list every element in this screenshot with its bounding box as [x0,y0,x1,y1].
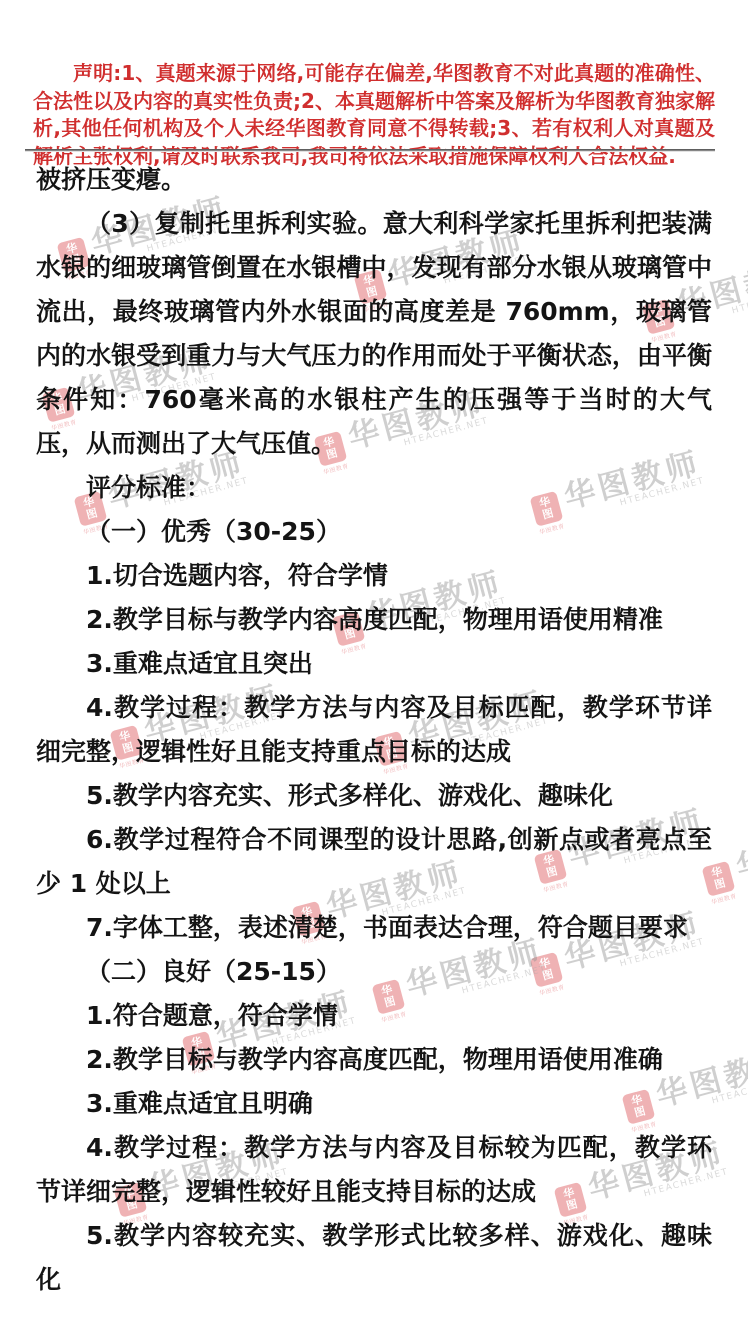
section-divider [25,149,715,152]
paragraph: （3）复制托里拆利实验。意大利科学家托里拆利把装满水银的细玻璃管倒置在水银槽中，… [36,202,712,466]
paragraph: （一）优秀（30-25） [36,510,712,554]
watermark-brand-en: HTEACHER.NET [731,284,748,316]
disclaimer-notice: 声明:1、真题来源于网络,可能存在偏差,华图教育不对此真题的准确性、合法性以及内… [33,60,715,170]
paragraph: 2.教学目标与教学内容高度匹配，物理用语使用精准 [36,598,712,642]
paragraph: 5.教学内容充实、形式多样化、游戏化、趣味化 [36,774,712,818]
logo-subtext: 华图教育 [710,891,737,906]
paragraph-heading: 评分标准： [36,466,712,510]
paragraph: 4.教学过程：教学方法与内容及目标较为匹配，教学环节详细完整，逻辑性较好且能支持… [36,1126,712,1214]
paragraph: 4.教学过程：教学方法与内容及目标匹配，教学环节详细完整，逻辑性好且能支持重点目… [36,686,712,774]
paragraph: 2.教学目标与教学内容高度匹配，物理用语使用准确 [36,1038,712,1082]
logo-char: 华 [710,866,724,880]
paragraph: 6.教学过程符合不同课型的设计思路,创新点或者亮点至少 1 处以上 [36,818,712,906]
paragraph: 1.切合选题内容，符合学情 [36,554,712,598]
paragraph: 被挤压变瘪。 [36,158,712,202]
paragraph: 3.重难点适宜且明确 [36,1082,712,1126]
disclaimer-label: 声明: [73,61,121,85]
document-body: 被挤压变瘪。（3）复制托里拆利实验。意大利科学家托里拆利把装满水银的细玻璃管倒置… [36,158,712,1302]
paragraph: 3.重难点适宜且突出 [36,642,712,686]
watermark-brand-en: HTEACHER.NET [711,1074,748,1106]
watermark-brand-cn: 华图教师 [733,817,748,884]
document-page: 华图华图教育华图教师HTEACHER.NET华图华图教育华图教师HTEACHER… [0,0,748,1335]
paragraph: 5.教学内容较充实、教学形式比较多样、游戏化、趣味化 [36,1214,712,1302]
paragraph: 1.符合题意，符合学情 [36,994,712,1038]
paragraph: （二）良好（25-15） [36,950,712,994]
logo-char: 图 [713,877,727,891]
watermark-text: 华图教师HTEACHER.NET [733,817,748,892]
paragraph: 7.字体工整，表述清楚，书面表达合理，符合题目要求 [36,906,712,950]
